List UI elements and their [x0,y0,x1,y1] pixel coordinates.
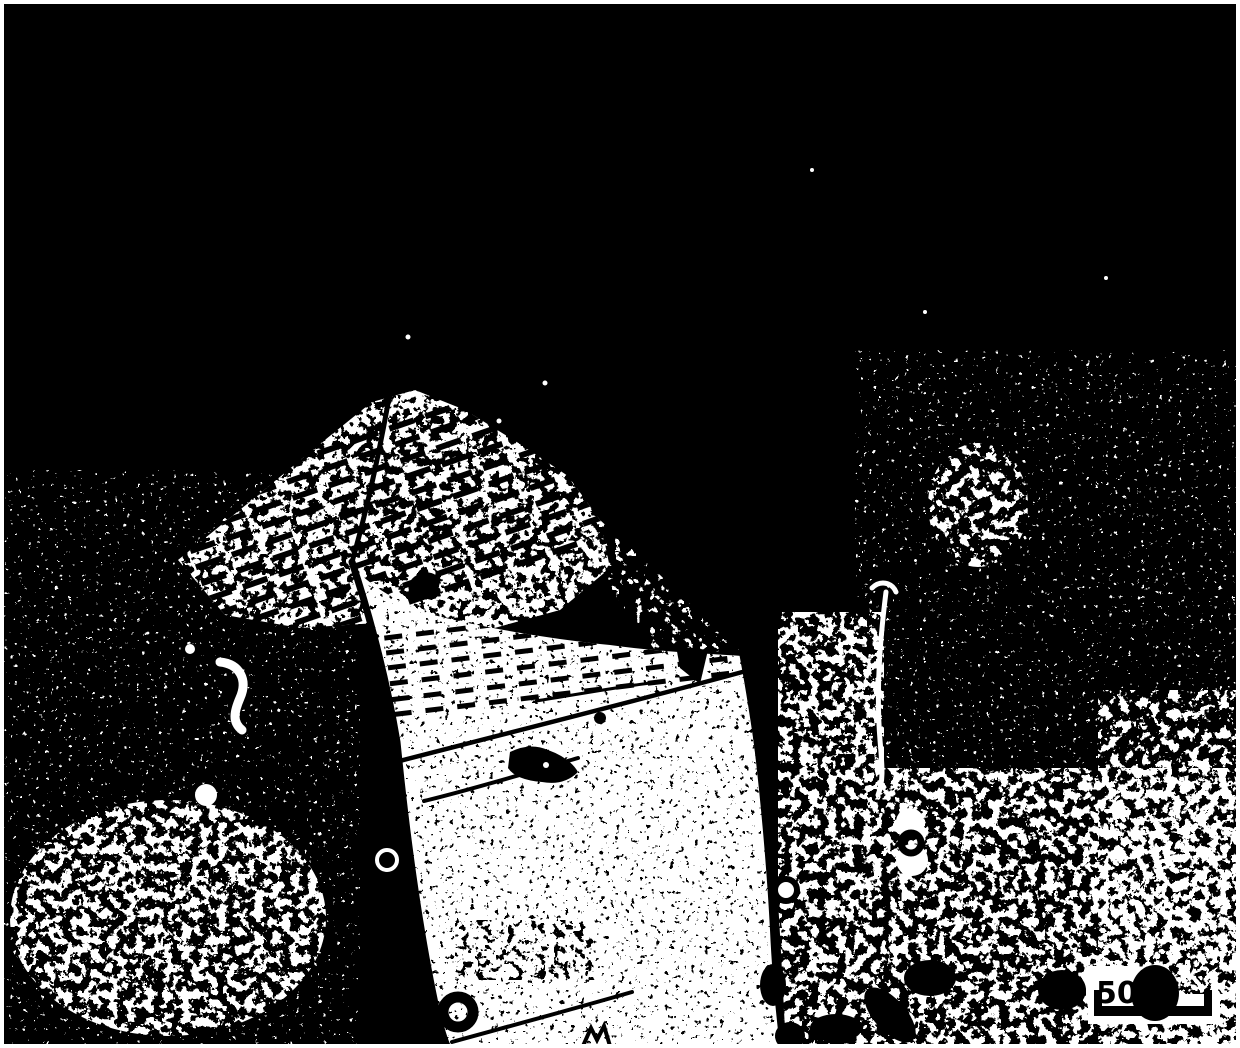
white-blob [185,644,195,654]
pore-ring [775,879,797,901]
white-blob [195,784,217,806]
micrograph-image: 50 [0,0,1240,1048]
inclusion-highlight [543,762,549,768]
keyhole-feature [896,808,928,876]
pore-ring [377,850,397,870]
micrograph-figure: 50 [0,0,1240,1048]
micrograph-content: 50 [4,4,1236,1048]
scale-bar-label: 50 [1096,976,1138,1011]
